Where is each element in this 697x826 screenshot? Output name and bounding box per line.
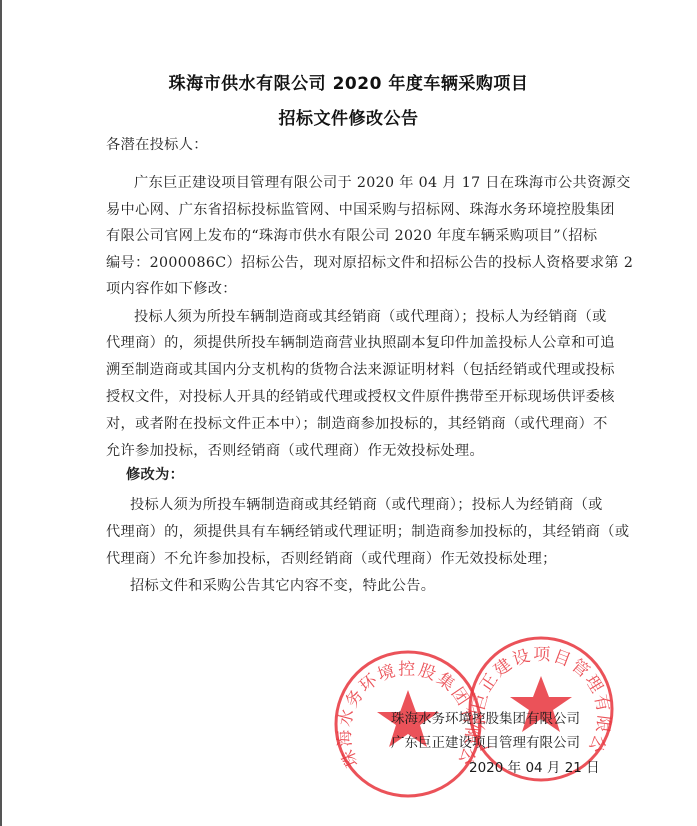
- document-title-line2: 招标文件修改公告: [0, 104, 697, 129]
- original-clause-line: 投标人须为所投车辆制造商或其经销商（或代理商）；投标人为经销商（或: [134, 306, 607, 326]
- original-clause-line: 对，或者附在投标文件正本中）；制造商参加投标的，其经销商（或代理商）不: [106, 413, 608, 433]
- signature-date: 2020 年 04 月 21 日: [469, 756, 600, 776]
- original-clause-line: 代理商）的，须提供所投车辆制造商营业执照副本复印件加盖投标人公章和可追: [106, 332, 615, 352]
- original-clause-line: 授权文件，对投标人开具的经销或代理或授权文件原件携带至开标现场供评委核: [106, 386, 615, 406]
- intro-line: 广东巨正建设项目管理有限公司于 2020 年 04 月 17 日在珠海市公共资源…: [134, 172, 631, 192]
- signature-org1: 珠海水务环境控股集团有限公司: [391, 707, 580, 727]
- original-clause-line: 允许参加投标，否则经销商（或代理商）作无效投标处理。: [106, 440, 484, 460]
- amended-clause-line: 代理商）不允许参加投标，否则经销商（或代理商）作无效投标处理；: [106, 548, 557, 568]
- salutation: 各潜在投标人：: [106, 134, 208, 154]
- intro-line: 项内容作如下修改：: [106, 278, 237, 298]
- closing-statement: 招标文件和采购公告其它内容不变，特此公告。: [130, 575, 435, 595]
- amended-clause-line: 投标人须为所投车辆制造商或其经销商（或代理商）；投标人为经销商（或: [130, 494, 603, 514]
- document-title-line1: 珠海市供水有限公司 2020 年度车辆采购项目: [0, 69, 697, 94]
- intro-line: 编号：2000086C）招标公告，现对原招标文件和招标公告的投标人资格要求第 2: [106, 252, 633, 272]
- amend-heading: 修改为：: [126, 464, 184, 484]
- signature-org2: 广东巨正建设项目管理有限公司: [391, 731, 580, 751]
- intro-line: 易中心网、广东省招标投标监管网、中国采购与招标网、珠海水务环境控股集团: [106, 199, 615, 219]
- original-clause-line: 溯至制造商或其国内分支机构的货物合法来源证明材料（包括经销或代理或投标: [106, 359, 615, 379]
- amended-clause-line: 代理商）的，须提供具有车辆经销或代理证明；制造商参加投标的，其经销商（或: [106, 521, 629, 541]
- intro-line: 有限公司官网上发布的“珠海市供水有限公司 2020 年度车辆采购项目”（招标: [106, 225, 597, 245]
